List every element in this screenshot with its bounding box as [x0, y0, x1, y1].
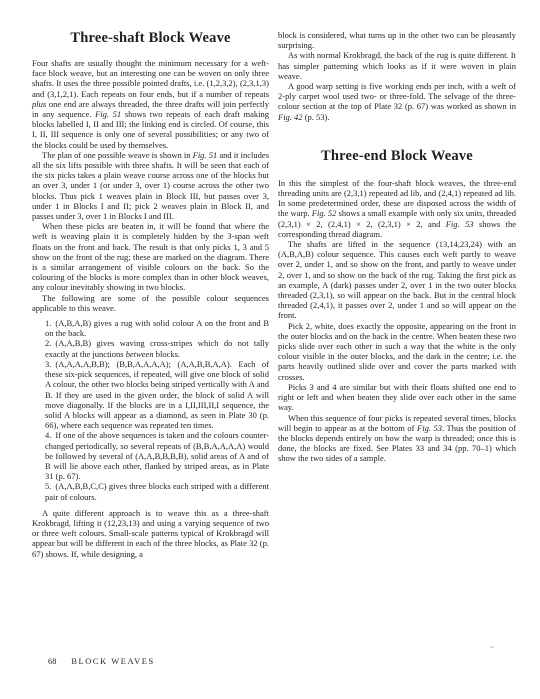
paragraph: The plan of one possible weave is shown … — [32, 150, 269, 221]
paragraph: Pick 2, white, does exactly the opposite… — [278, 321, 516, 382]
right-column: block is considered, what turns up in th… — [278, 30, 516, 559]
two-column-layout: Three-shaft Block Weave Four shafts are … — [32, 30, 516, 559]
paragraph: Picks 3 and 4 are similar but with their… — [278, 382, 516, 413]
list-item-number: 1. — [45, 318, 51, 328]
section-heading-three-end-block-weave: Three-end Block Weave — [278, 148, 516, 165]
paragraph: In this the simplest of the four-shaft b… — [278, 178, 516, 239]
list-item: 1.(A,B,A,B) gives a rug with solid colou… — [45, 318, 269, 338]
paragraph: block is considered, what turns up in th… — [278, 30, 516, 50]
list-item-number: 4. — [45, 430, 51, 440]
book-page: Three-shaft Block Weave Four shafts are … — [0, 0, 540, 699]
paragraph: A good warp setting is five working ends… — [278, 81, 516, 122]
paragraph: When this sequence of four picks is repe… — [278, 413, 516, 464]
list-item-text: If one of the above sequences is taken a… — [45, 430, 269, 481]
paragraph: When these picks are beaten in, it will … — [32, 221, 269, 292]
paragraph: The following are some of the possible c… — [32, 293, 269, 313]
page-footer: 68 BLOCK WEAVES — [48, 657, 155, 666]
list-item-text: (A,A,B,B,C,C) gives three blocks each st… — [45, 481, 269, 501]
page-number: 68 — [48, 657, 56, 666]
list-item-number: 5. — [45, 481, 51, 491]
list-item-text: (A,A,B,B) gives waving cross-stripes whi… — [45, 338, 269, 358]
list-item-number: 2. — [45, 338, 51, 348]
list-item: 4.If one of the above sequences is taken… — [45, 430, 269, 481]
list-item-number: 3. — [45, 359, 51, 369]
running-title: BLOCK WEAVES — [71, 657, 154, 666]
scan-artifact — [490, 646, 494, 648]
section-heading-three-shaft-block-weave: Three-shaft Block Weave — [32, 30, 269, 47]
list-item: 3.(A,A,A,A,B,B); (B,B,A,A,A,A); (A,A,B,B… — [45, 359, 269, 430]
list-item-text: (A,B,A,B) gives a rug with solid colour … — [45, 318, 269, 338]
paragraph: As with normal Krokbragd, the back of th… — [278, 50, 516, 81]
paragraph: A quite different approach is to weave t… — [32, 508, 269, 559]
paragraph: The shafts are lifted in the sequence (1… — [278, 239, 516, 321]
colour-sequence-list: 1.(A,B,A,B) gives a rug with solid colou… — [32, 318, 269, 502]
paragraph: Four shafts are usually thought the mini… — [32, 58, 269, 150]
list-item: 5.(A,A,B,B,C,C) gives three blocks each … — [45, 481, 269, 501]
list-item-text: (A,A,A,A,B,B); (B,B,A,A,A,A); (A,A,B,B,A… — [45, 359, 269, 430]
left-column: Three-shaft Block Weave Four shafts are … — [32, 30, 269, 559]
list-item: 2.(A,A,B,B) gives waving cross-stripes w… — [45, 338, 269, 358]
